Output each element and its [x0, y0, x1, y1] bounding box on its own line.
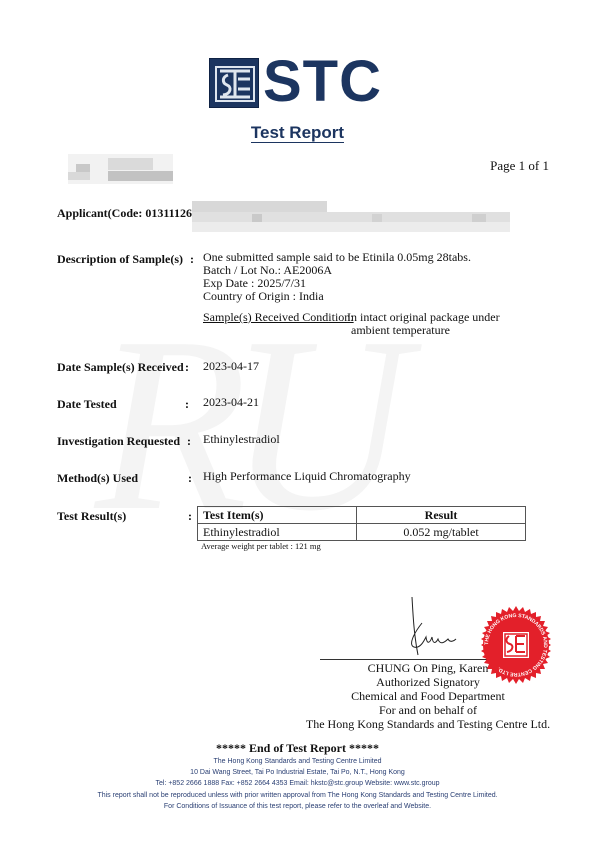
- footer-reproduction-notice: This report shall not be reproduced unle…: [0, 790, 595, 801]
- colon: :: [188, 509, 192, 524]
- description-label: Description of Sample(s): [57, 252, 183, 267]
- page-indicator: Page 1 of 1: [490, 158, 549, 174]
- origin-line: Country of Origin : India: [203, 290, 471, 303]
- colon: :: [187, 434, 191, 449]
- footer-contact: Tel: +852 2666 1888 Fax: +852 2664 4353 …: [0, 778, 595, 789]
- colon: :: [185, 360, 189, 375]
- results-label: Test Result(s): [57, 509, 126, 524]
- company-name: The Hong Kong Standards and Testing Cent…: [290, 717, 566, 731]
- investigation-value: Ethinylestradiol: [203, 433, 280, 446]
- stc-mark-icon: [209, 58, 259, 108]
- colon: :: [190, 252, 194, 267]
- footer-conditions-notice: For Conditions of Issuance of this test …: [0, 801, 595, 812]
- redacted-applicant: [192, 201, 510, 233]
- signatory-department: Chemical and Food Department: [290, 689, 566, 703]
- average-weight-note: Average weight per tablet : 121 mg: [201, 541, 321, 551]
- logo-wordmark: STC: [263, 52, 382, 112]
- signature-icon: [400, 595, 460, 665]
- footer-company: The Hong Kong Standards and Testing Cent…: [0, 756, 595, 767]
- date-received-label: Date Sample(s) Received: [57, 360, 184, 375]
- date-tested-value: 2023-04-21: [203, 396, 259, 409]
- colon: :: [185, 397, 189, 412]
- header-test-item: Test Item(s): [198, 507, 357, 524]
- footer: The Hong Kong Standards and Testing Cent…: [0, 756, 595, 812]
- stc-logo: STC: [209, 58, 389, 110]
- on-behalf-text: For and on behalf of: [290, 703, 566, 717]
- condition-value-cont: ambient temperature: [351, 324, 450, 337]
- end-of-report: ***** End of Test Report *****: [0, 741, 595, 756]
- colon: :: [188, 471, 192, 486]
- condition-label: Sample(s) Received Condition:: [203, 311, 354, 324]
- footer-address: 10 Dai Wang Street, Tai Po Industrial Es…: [0, 767, 595, 778]
- method-value: High Performance Liquid Chromatography: [203, 470, 411, 483]
- cell-result: 0.052 mg/tablet: [357, 524, 526, 541]
- header-result: Result: [357, 507, 526, 524]
- table-row: Ethinylestradiol 0.052 mg/tablet: [198, 524, 526, 541]
- cell-test-item: Ethinylestradiol: [198, 524, 357, 541]
- method-label: Method(s) Used: [57, 471, 138, 486]
- company-seal-icon: THE HONG KONG STANDARDS AND TESTING CENT…: [476, 605, 556, 685]
- results-table: Test Item(s) Result Ethinylestradiol 0.0…: [197, 506, 526, 541]
- date-received-value: 2023-04-17: [203, 360, 259, 373]
- applicant-label: Applicant(Code: 01311126) :: [57, 206, 203, 221]
- date-tested-label: Date Tested: [57, 397, 117, 412]
- redacted-reference: [68, 154, 173, 184]
- report-title: Test Report: [0, 123, 595, 143]
- table-header-row: Test Item(s) Result: [198, 507, 526, 524]
- description-value: One submitted sample said to be Etinila …: [203, 251, 471, 303]
- investigation-label: Investigation Requested: [57, 434, 180, 449]
